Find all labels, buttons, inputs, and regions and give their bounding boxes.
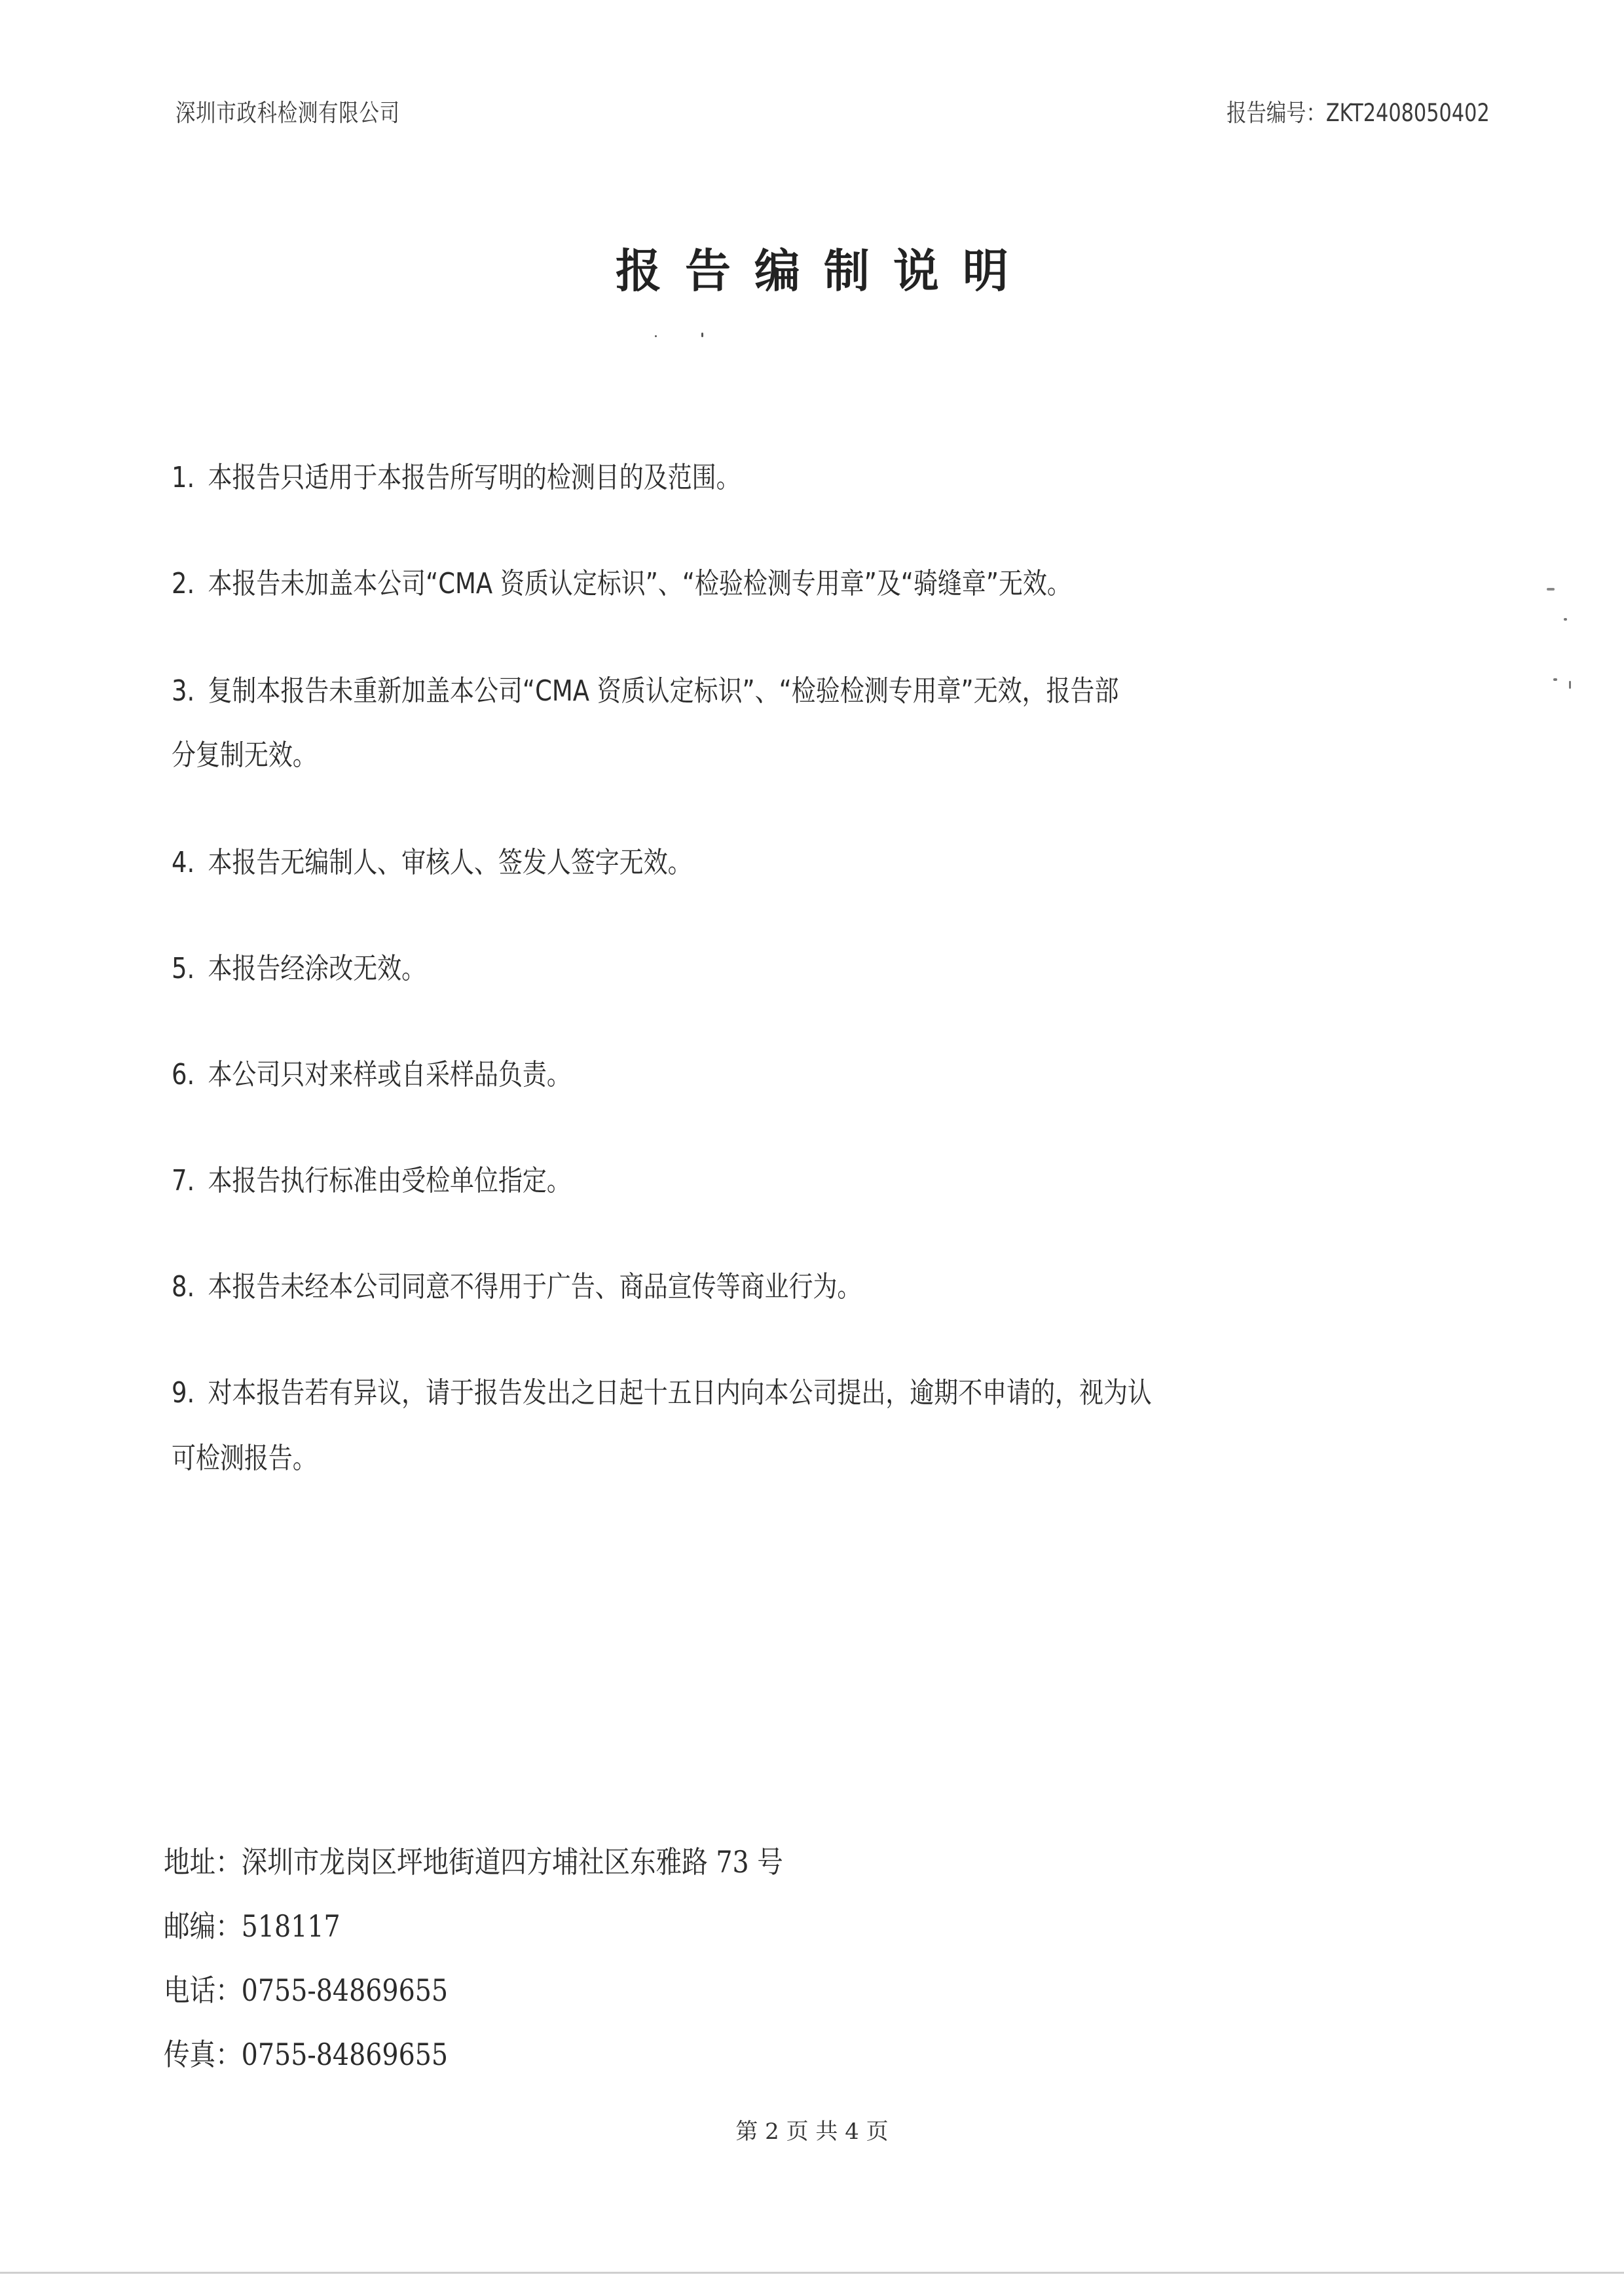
- postcode-value: 518117: [242, 1908, 341, 1944]
- scan-edge-line: [0, 2272, 1624, 2274]
- item-text: 本报告执行标准由受检单位指定。: [208, 1164, 570, 1197]
- scan-speck: [655, 335, 657, 337]
- report-number-value: ZKT2408050402: [1326, 99, 1490, 127]
- phone-row: 电话：0755-84869655: [164, 1958, 783, 2022]
- report-number-label: 报告编号：: [1227, 99, 1326, 127]
- address-label: 地址：: [164, 1844, 242, 1880]
- list-item: 1.本报告只适用于本报告所写明的检测目的及范围。: [172, 445, 1283, 511]
- fax-row: 传真：0755-84869655: [164, 2022, 783, 2086]
- item-number: 6.: [172, 1042, 208, 1108]
- list-item: 9.对本报告若有异议，请于报告发出之日起十五日内向本公司提出，逾期不申请的，视为…: [172, 1360, 1283, 1426]
- item-number: 1.: [172, 445, 208, 511]
- fax-label: 传真：: [164, 2037, 242, 2072]
- fax-value: 0755-84869655: [242, 2037, 448, 2072]
- item-number: 7.: [172, 1148, 208, 1214]
- item-number: 4.: [172, 830, 208, 896]
- scan-speck: [1564, 618, 1567, 621]
- scan-speck: [1547, 588, 1555, 591]
- address-value: 深圳市龙岗区坪地街道四方埔社区东雅路 73 号: [242, 1844, 783, 1880]
- phone-label: 电话：: [164, 1973, 242, 2008]
- scan-speck: [701, 333, 703, 337]
- document-page: 深圳市政科检测有限公司 报告编号：ZKT2408050402 报告编制说明 1.…: [0, 0, 1624, 2296]
- item-text-continuation: 可检测报告。: [172, 1442, 317, 1475]
- item-number: 9.: [172, 1360, 208, 1426]
- item-text: 本报告只适用于本报告所写明的检测目的及范围。: [208, 461, 740, 494]
- list-item: 3.复制本报告未重新加盖本公司“CMA 资质认定标识”、“检验检测专用章”无效，…: [172, 659, 1283, 724]
- list-item: 8.本报告未经本公司同意不得用于广告、商品宣传等商业行为。: [172, 1254, 1283, 1320]
- item-text: 复制本报告未重新加盖本公司“CMA 资质认定标识”、“检验检测专用章”无效，报告…: [208, 674, 1118, 708]
- item-number: 2.: [172, 551, 208, 617]
- item-text: 本报告未加盖本公司“CMA 资质认定标识”、“检验检测专用章”及“骑缝章”无效。: [208, 567, 1071, 600]
- item-text: 对本报告若有异议，请于报告发出之日起十五日内向本公司提出，逾期不申请的，视为认: [208, 1376, 1151, 1410]
- item-text: 本报告未经本公司同意不得用于广告、商品宣传等商业行为。: [208, 1270, 861, 1303]
- list-item: 7.本报告执行标准由受检单位指定。: [172, 1148, 1283, 1214]
- page-title: 报告编制说明: [0, 234, 1624, 301]
- postcode-row: 邮编：518117: [164, 1894, 783, 1958]
- item-text-continuation: 分复制无效。: [172, 738, 317, 772]
- report-number: 报告编号：ZKT2408050402: [1227, 93, 1490, 128]
- list-item: 2.本报告未加盖本公司“CMA 资质认定标识”、“检验检测专用章”及“骑缝章”无…: [172, 551, 1283, 617]
- item-number: 8.: [172, 1254, 208, 1320]
- address-row: 地址：深圳市龙岗区坪地街道四方埔社区东雅路 73 号: [164, 1830, 783, 1894]
- item-text: 本报告经涂改无效。: [208, 952, 426, 985]
- postcode-label: 邮编：: [164, 1908, 242, 1944]
- contact-info: 地址：深圳市龙岗区坪地街道四方埔社区东雅路 73 号 邮编：518117 电话：…: [164, 1830, 884, 2086]
- item-number: 5.: [172, 936, 208, 1002]
- list-item: 6.本公司只对来样或自采样品负责。: [172, 1042, 1283, 1108]
- list-item-continuation: 分复制无效。: [172, 723, 1283, 788]
- page-indicator: 第 2 页 共 4 页: [0, 2113, 1624, 2145]
- item-text: 本公司只对来样或自采样品负责。: [208, 1058, 570, 1091]
- list-item: 4.本报告无编制人、审核人、签发人签字无效。: [172, 830, 1283, 896]
- item-text: 本报告无编制人、审核人、签发人签字无效。: [208, 846, 692, 879]
- item-number: 3.: [172, 659, 208, 724]
- list-item: 5.本报告经涂改无效。: [172, 936, 1283, 1002]
- scan-speck: [1569, 681, 1571, 689]
- phone-value: 0755-84869655: [242, 1973, 448, 2008]
- list-item-continuation: 可检测报告。: [172, 1426, 1283, 1491]
- scan-speck: [1553, 678, 1557, 681]
- company-name: 深圳市政科检测有限公司: [175, 93, 400, 128]
